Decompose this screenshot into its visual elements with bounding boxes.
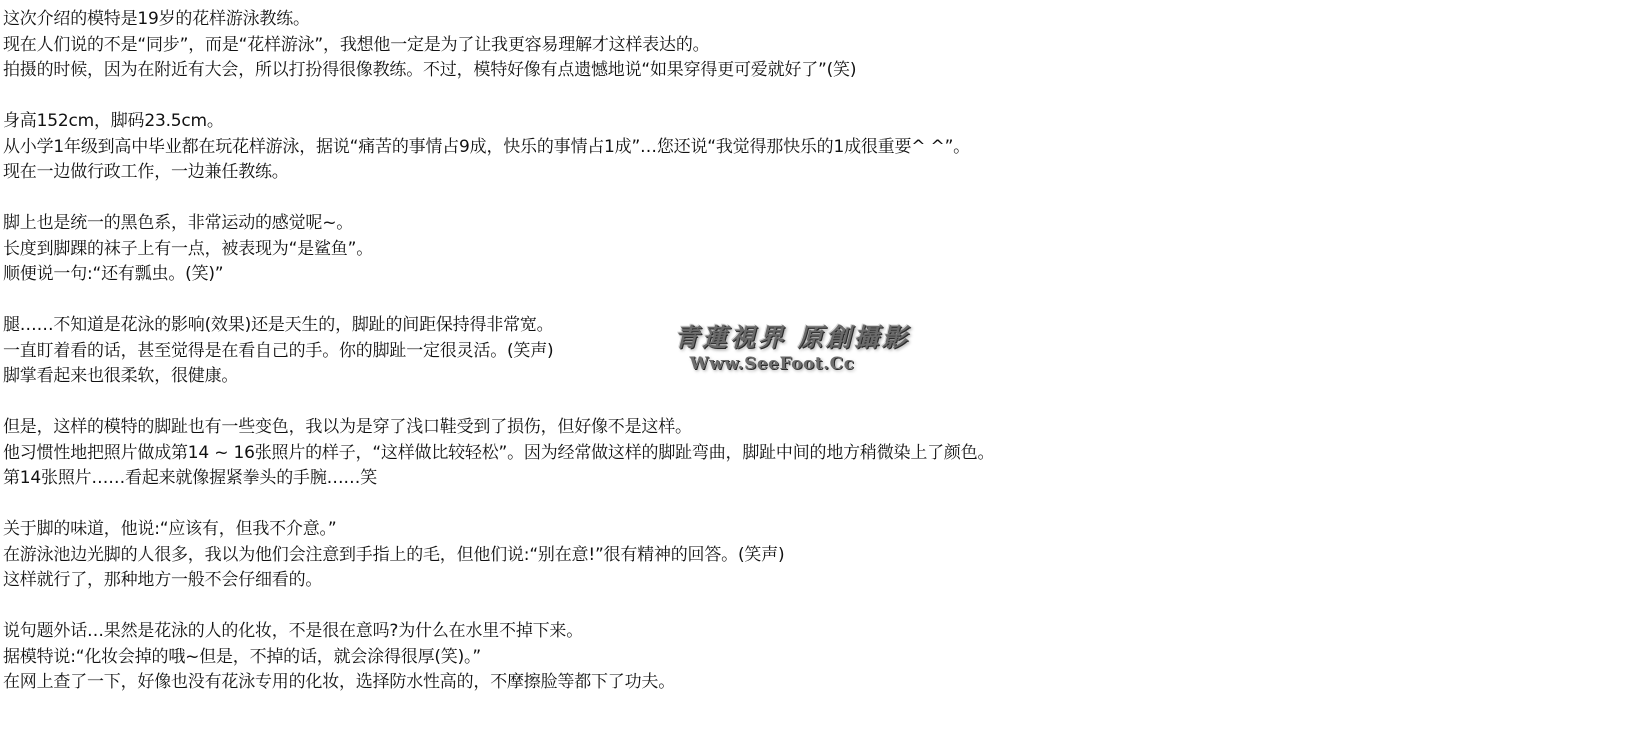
text-line: 顺便说一句:“还有瓢虫。(笑)”: [3, 262, 1643, 288]
text-line: 但是，这样的模特的脚趾也有一些变色，我以为是穿了浅口鞋受到了损伤，但好像不是这样…: [3, 415, 1643, 441]
text-line: 他习惯性地把照片做成第14 ~ 16张照片的样子，“这样做比较轻松”。因为经常做…: [3, 441, 1643, 467]
text-line: 关于脚的味道，他说:“应该有，但我不介意。”: [3, 517, 1643, 543]
text-line: 这次介绍的模特是19岁的花样游泳教练。: [3, 7, 1643, 33]
text-line: 从小学1年级到高中毕业都在玩花样游泳，据说“痛苦的事情占9成，快乐的事情占1成”…: [3, 135, 1643, 161]
text-line: 脚上也是统一的黑色系，非常运动的感觉呢~。: [3, 211, 1643, 237]
text-line: 第14张照片……看起来就像握紧拳头的手腕……笑: [3, 466, 1643, 492]
paragraph-toes: 腿……不知道是花泳的影响(效果)还是天生的，脚趾的间距保持得非常宽。 一直盯着看…: [3, 313, 1643, 390]
text-line: 现在人们说的不是“同步”，而是“花样游泳”，我想他一定是为了让我更容易理解才这样…: [3, 33, 1643, 59]
paragraph-socks: 脚上也是统一的黑色系，非常运动的感觉呢~。 长度到脚踝的袜子上有一点，被表现为“…: [3, 211, 1643, 288]
text-line: 拍摄的时候，因为在附近有大会，所以打扮得很像教练。不过，模特好像有点遗憾地说“如…: [3, 58, 1643, 84]
paragraph-profile: 身高152cm，脚码23.5cm。 从小学1年级到高中毕业都在玩花样游泳，据说“…: [3, 109, 1643, 186]
paragraph-intro: 这次介绍的模特是19岁的花样游泳教练。 现在人们说的不是“同步”，而是“花样游泳…: [3, 7, 1643, 84]
text-line: 腿……不知道是花泳的影响(效果)还是天生的，脚趾的间距保持得非常宽。: [3, 313, 1643, 339]
article-body: 这次介绍的模特是19岁的花样游泳教练。 现在人们说的不是“同步”，而是“花样游泳…: [3, 7, 1643, 721]
text-line: 现在一边做行政工作，一边兼任教练。: [3, 160, 1643, 186]
text-line: 说句题外话…果然是花泳的人的化妆，不是很在意吗?为什么在水里不掉下来。: [3, 619, 1643, 645]
text-line: 据模特说:“化妆会掉的哦~但是，不掉的话，就会涂得很厚(笑)。”: [3, 645, 1643, 671]
paragraph-discoloration: 但是，这样的模特的脚趾也有一些变色，我以为是穿了浅口鞋受到了损伤，但好像不是这样…: [3, 415, 1643, 492]
text-line: 长度到脚踝的袜子上有一点，被表现为“是鲨鱼”。: [3, 237, 1643, 263]
text-line: 在游泳池边光脚的人很多，我以为他们会注意到手指上的毛，但他们说:“别在意!”很有…: [3, 543, 1643, 569]
paragraph-makeup: 说句题外话…果然是花泳的人的化妆，不是很在意吗?为什么在水里不掉下来。 据模特说…: [3, 619, 1643, 696]
paragraph-smell: 关于脚的味道，他说:“应该有，但我不介意。” 在游泳池边光脚的人很多，我以为他们…: [3, 517, 1643, 594]
text-line: 脚掌看起来也很柔软，很健康。: [3, 364, 1643, 390]
text-line: 这样就行了，那种地方一般不会仔细看的。: [3, 568, 1643, 594]
text-line: 身高152cm，脚码23.5cm。: [3, 109, 1643, 135]
text-line: 在网上查了一下，好像也没有花泳专用的化妆，选择防水性高的，不摩擦脸等都下了功夫。: [3, 670, 1643, 696]
text-line: 一直盯着看的话，甚至觉得是在看自己的手。你的脚趾一定很灵活。(笑声): [3, 339, 1643, 365]
